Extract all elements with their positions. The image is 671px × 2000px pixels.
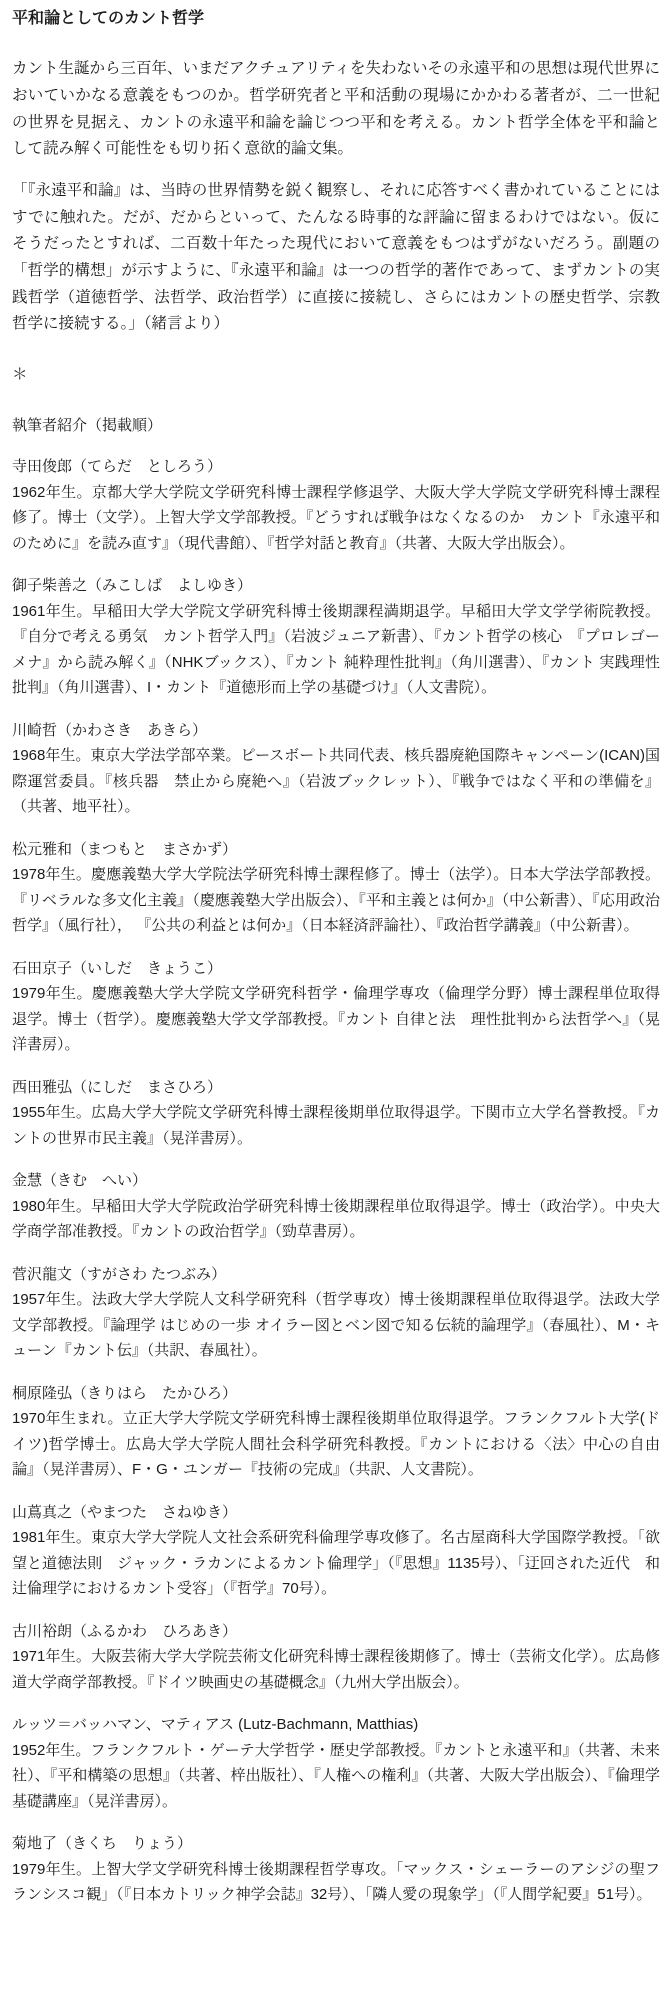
contributors-list: 寺田俊郎（てらだ としろう） 1962年生。京都大学大学院文学研究科博士課程学修… [12,454,660,1908]
contributor-entry: 石田京子（いしだ きょうこ） 1979年生。慶應義塾大学大学院文学研究科哲学・倫… [12,956,660,1058]
contributor-bio: 1962年生。京都大学大学院文学研究科博士課程学修退学、大阪大学大学院文学研究科… [12,480,660,557]
contributor-entry: 古川裕朗（ふるかわ ひろあき） 1971年生。大阪芸術大学大学院芸術文化研究科博… [12,1619,660,1696]
contributor-bio: 1957年生。法政大学大学院人文科学研究科（哲学専攻）博士後期課程単位取得退学。… [12,1287,660,1364]
contributor-name: 菅沢龍文（すがさわ たつぶみ） [12,1262,660,1288]
contributors-heading: 執筆者紹介（掲載順） [12,413,660,439]
contributor-entry: 金慧（きむ へい） 1980年生。早稲田大学大学院政治学研究科博士後期課程単位取… [12,1168,660,1245]
contributor-name: 桐原隆弘（きりはら たかひろ） [12,1381,660,1407]
contributor-name: 川崎哲（かわさき あきら） [12,718,660,744]
contributor-bio: 1961年生。早稲田大学大学院文学研究科博士後期課程満期退学。早稲田大学文学学術… [12,599,660,701]
contributor-entry: 御子柴善之（みこしば よしゆき） 1961年生。早稲田大学大学院文学研究科博士後… [12,573,660,701]
contributor-entry: 桐原隆弘（きりはら たかひろ） 1970年生まれ。立正大学大学院文学研究科博士課… [12,1381,660,1483]
contributor-entry: 山蔦真之（やまつた さねゆき） 1981年生。東京大学大学院人文社会系研究科倫理… [12,1500,660,1602]
contributor-bio: 1978年生。慶應義塾大学大学院法学研究科博士課程修了。博士（法学）。日本大学法… [12,862,660,939]
contributor-name: 石田京子（いしだ きょうこ） [12,956,660,982]
intro-paragraph: カント生誕から三百年、いまだアクチュアリティを失わないその永遠平和の思想は現代世… [12,56,660,163]
document-page: 平和論としてのカント哲学 カント生誕から三百年、いまだアクチュアリティを失わない… [0,0,671,2000]
page-title: 平和論としてのカント哲学 [12,8,660,30]
contributor-entry: ルッツ＝バッハマン、マティアス (Lutz-Bachmann, Matthias… [12,1712,660,1814]
contributor-name: 御子柴善之（みこしば よしゆき） [12,573,660,599]
contributor-bio: 1979年生。慶應義塾大学大学院文学研究科哲学・倫理学専攻（倫理学分野）博士課程… [12,981,660,1058]
contributor-entry: 寺田俊郎（てらだ としろう） 1962年生。京都大学大学院文学研究科博士課程学修… [12,454,660,556]
contributor-entry: 西田雅弘（にしだ まさひろ） 1955年生。広島大学大学院文学研究科博士課程後期… [12,1075,660,1152]
quote-paragraph: 「『永遠平和論』は、当時の世界情勢を鋭く観察し、それに応答すべく書かれていること… [12,178,660,338]
contributor-bio: 1955年生。広島大学大学院文学研究科博士課程後期単位取得退学。下関市立大学名誉… [12,1100,660,1151]
contributor-bio: 1970年生まれ。立正大学大学院文学研究科博士課程後期単位取得退学。フランクフル… [12,1406,660,1483]
contributor-name: 山蔦真之（やまつた さねゆき） [12,1500,660,1526]
contributor-entry: 菅沢龍文（すがさわ たつぶみ） 1957年生。法政大学大学院人文科学研究科（哲学… [12,1262,660,1364]
contributor-entry: 菊地了（きくち りょう） 1979年生。上智大学文学研究科博士後期課程哲学専攻。… [12,1831,660,1908]
contributor-entry: 松元雅和（まつもと まさかず） 1978年生。慶應義塾大学大学院法学研究科博士課… [12,837,660,939]
separator-asterisk: ＊ [12,362,660,389]
contributor-entry: 川崎哲（かわさき あきら） 1968年生。東京大学法学部卒業。ピースボート共同代… [12,718,660,820]
contributor-name: 西田雅弘（にしだ まさひろ） [12,1075,660,1101]
contributor-bio: 1981年生。東京大学大学院人文社会系研究科倫理学専攻修了。名古屋商科大学国際学… [12,1525,660,1602]
contributor-name: 松元雅和（まつもと まさかず） [12,837,660,863]
contributor-bio: 1968年生。東京大学法学部卒業。ピースボート共同代表、核兵器廃絶国際キャンペー… [12,743,660,820]
contributor-bio: 1979年生。上智大学文学研究科博士後期課程哲学専攻。「マックス・シェーラーのア… [12,1857,660,1908]
contributor-name: 菊地了（きくち りょう） [12,1831,660,1857]
contributor-name: 古川裕朗（ふるかわ ひろあき） [12,1619,660,1645]
contributor-name: ルッツ＝バッハマン、マティアス (Lutz-Bachmann, Matthias… [12,1712,660,1738]
contributor-bio: 1971年生。大阪芸術大学大学院芸術文化研究科博士課程後期修了。博士（芸術文化学… [12,1644,660,1695]
contributor-bio: 1980年生。早稲田大学大学院政治学研究科博士後期課程単位取得退学。博士（政治学… [12,1194,660,1245]
contributor-bio: 1952年生。フランクフルト・ゲーテ大学哲学・歴史学部教授。『カントと永遠平和』… [12,1738,660,1815]
contributor-name: 金慧（きむ へい） [12,1168,660,1194]
contributor-name: 寺田俊郎（てらだ としろう） [12,454,660,480]
